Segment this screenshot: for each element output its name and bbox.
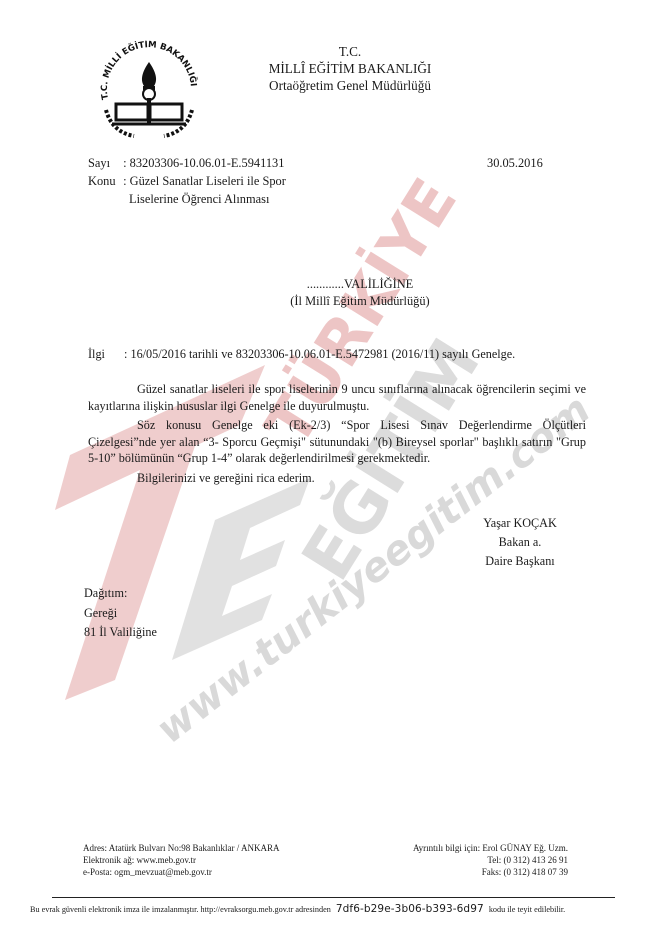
verification-code: 7df6-b29e-3b06-b393-6d97 bbox=[336, 903, 484, 915]
letter-body: Güzel sanatlar liseleri ile spor liseler… bbox=[88, 381, 586, 486]
body-paragraph-3: Bilgilerinizi ve gereğini rica ederim. bbox=[88, 470, 586, 487]
signatory-title-1: Bakan a. bbox=[455, 533, 585, 552]
signatory-title-2: Daire Başkanı bbox=[455, 552, 585, 571]
letterhead-directorate: Ortaöğretim Genel Müdürlüğü bbox=[0, 77, 660, 94]
reference: İlgi : 16/05/2016 tarihli ve 83203306-10… bbox=[88, 347, 515, 362]
konu-value-2: Liselerine Öğrenci Alınması bbox=[129, 192, 269, 206]
reference-value: : 16/05/2016 tarihli ve 83203306-10.06.0… bbox=[124, 347, 515, 361]
document-meta: Sayı : 83203306-10.06.01-E.5941131 Konu … bbox=[88, 154, 286, 208]
body-paragraph-1: Güzel sanatlar liseleri ile spor liseler… bbox=[88, 381, 586, 414]
letterhead-ministry: MİLLÎ EĞİTİM BAKANLIĞI bbox=[0, 60, 660, 77]
footer-tel: Tel: (0 312) 413 26 91 bbox=[380, 854, 568, 866]
footer-email: e-Posta: ogm_mevzuat@meb.gov.tr bbox=[83, 866, 279, 878]
distribution-line-2: 81 İl Valiliğine bbox=[84, 623, 157, 643]
signatory-name: Yaşar KOÇAK bbox=[455, 514, 585, 533]
distribution: Dağıtım: Gereği 81 İl Valiliğine bbox=[84, 584, 157, 643]
sayi-value: : 83203306-10.06.01-E.5941131 bbox=[123, 156, 284, 170]
sayi-label: Sayı bbox=[88, 154, 120, 172]
letterhead: T.C. MİLLÎ EĞİTİM BAKANLIĞI Ortaöğretim … bbox=[0, 43, 660, 94]
document-date: 30.05.2016 bbox=[487, 156, 543, 171]
distribution-label: Dağıtım: bbox=[84, 584, 157, 604]
addressee-line2: (İl Millî Eğitim Müdürlüğü) bbox=[220, 293, 500, 310]
verification-suffix: kodu ile teyit edilebilir. bbox=[489, 905, 565, 914]
footer-web: Elektronik ağ: www.meb.gov.tr bbox=[83, 854, 279, 866]
konu-value-1: : Güzel Sanatlar Liseleri ile Spor bbox=[123, 174, 286, 188]
reference-label: İlgi bbox=[88, 347, 121, 362]
footer-address: Adres: Atatürk Bulvarı No:98 Bakanlıklar… bbox=[83, 842, 279, 878]
footer-contact-person: Ayrıntılı bilgi için: Erol GÜNAY Eğ. Uzm… bbox=[380, 842, 568, 854]
footer-divider bbox=[52, 897, 615, 898]
verification-note: Bu evrak güvenli elektronik imza ile imz… bbox=[30, 903, 630, 915]
footer-contact: Ayrıntılı bilgi için: Erol GÜNAY Eğ. Uzm… bbox=[380, 842, 568, 878]
watermark-logo-e bbox=[172, 478, 310, 660]
footer-fax: Faks: (0 312) 418 07 39 bbox=[380, 866, 568, 878]
konu-label: Konu bbox=[88, 172, 120, 190]
addressee: ............VALİLİĞİNE (İl Millî Eğitim … bbox=[220, 276, 500, 310]
footer-address-line: Adres: Atatürk Bulvarı No:98 Bakanlıklar… bbox=[83, 842, 279, 854]
body-paragraph-2: Söz konusu Genelge eki (Ek-2/3) “Spor Li… bbox=[88, 417, 586, 467]
verification-prefix: Bu evrak güvenli elektronik imza ile imz… bbox=[30, 905, 331, 914]
addressee-line1: ............VALİLİĞİNE bbox=[220, 276, 500, 293]
letterhead-tc: T.C. bbox=[0, 43, 660, 60]
signature-block: Yaşar KOÇAK Bakan a. Daire Başkanı bbox=[455, 514, 585, 571]
distribution-line-1: Gereği bbox=[84, 604, 157, 624]
